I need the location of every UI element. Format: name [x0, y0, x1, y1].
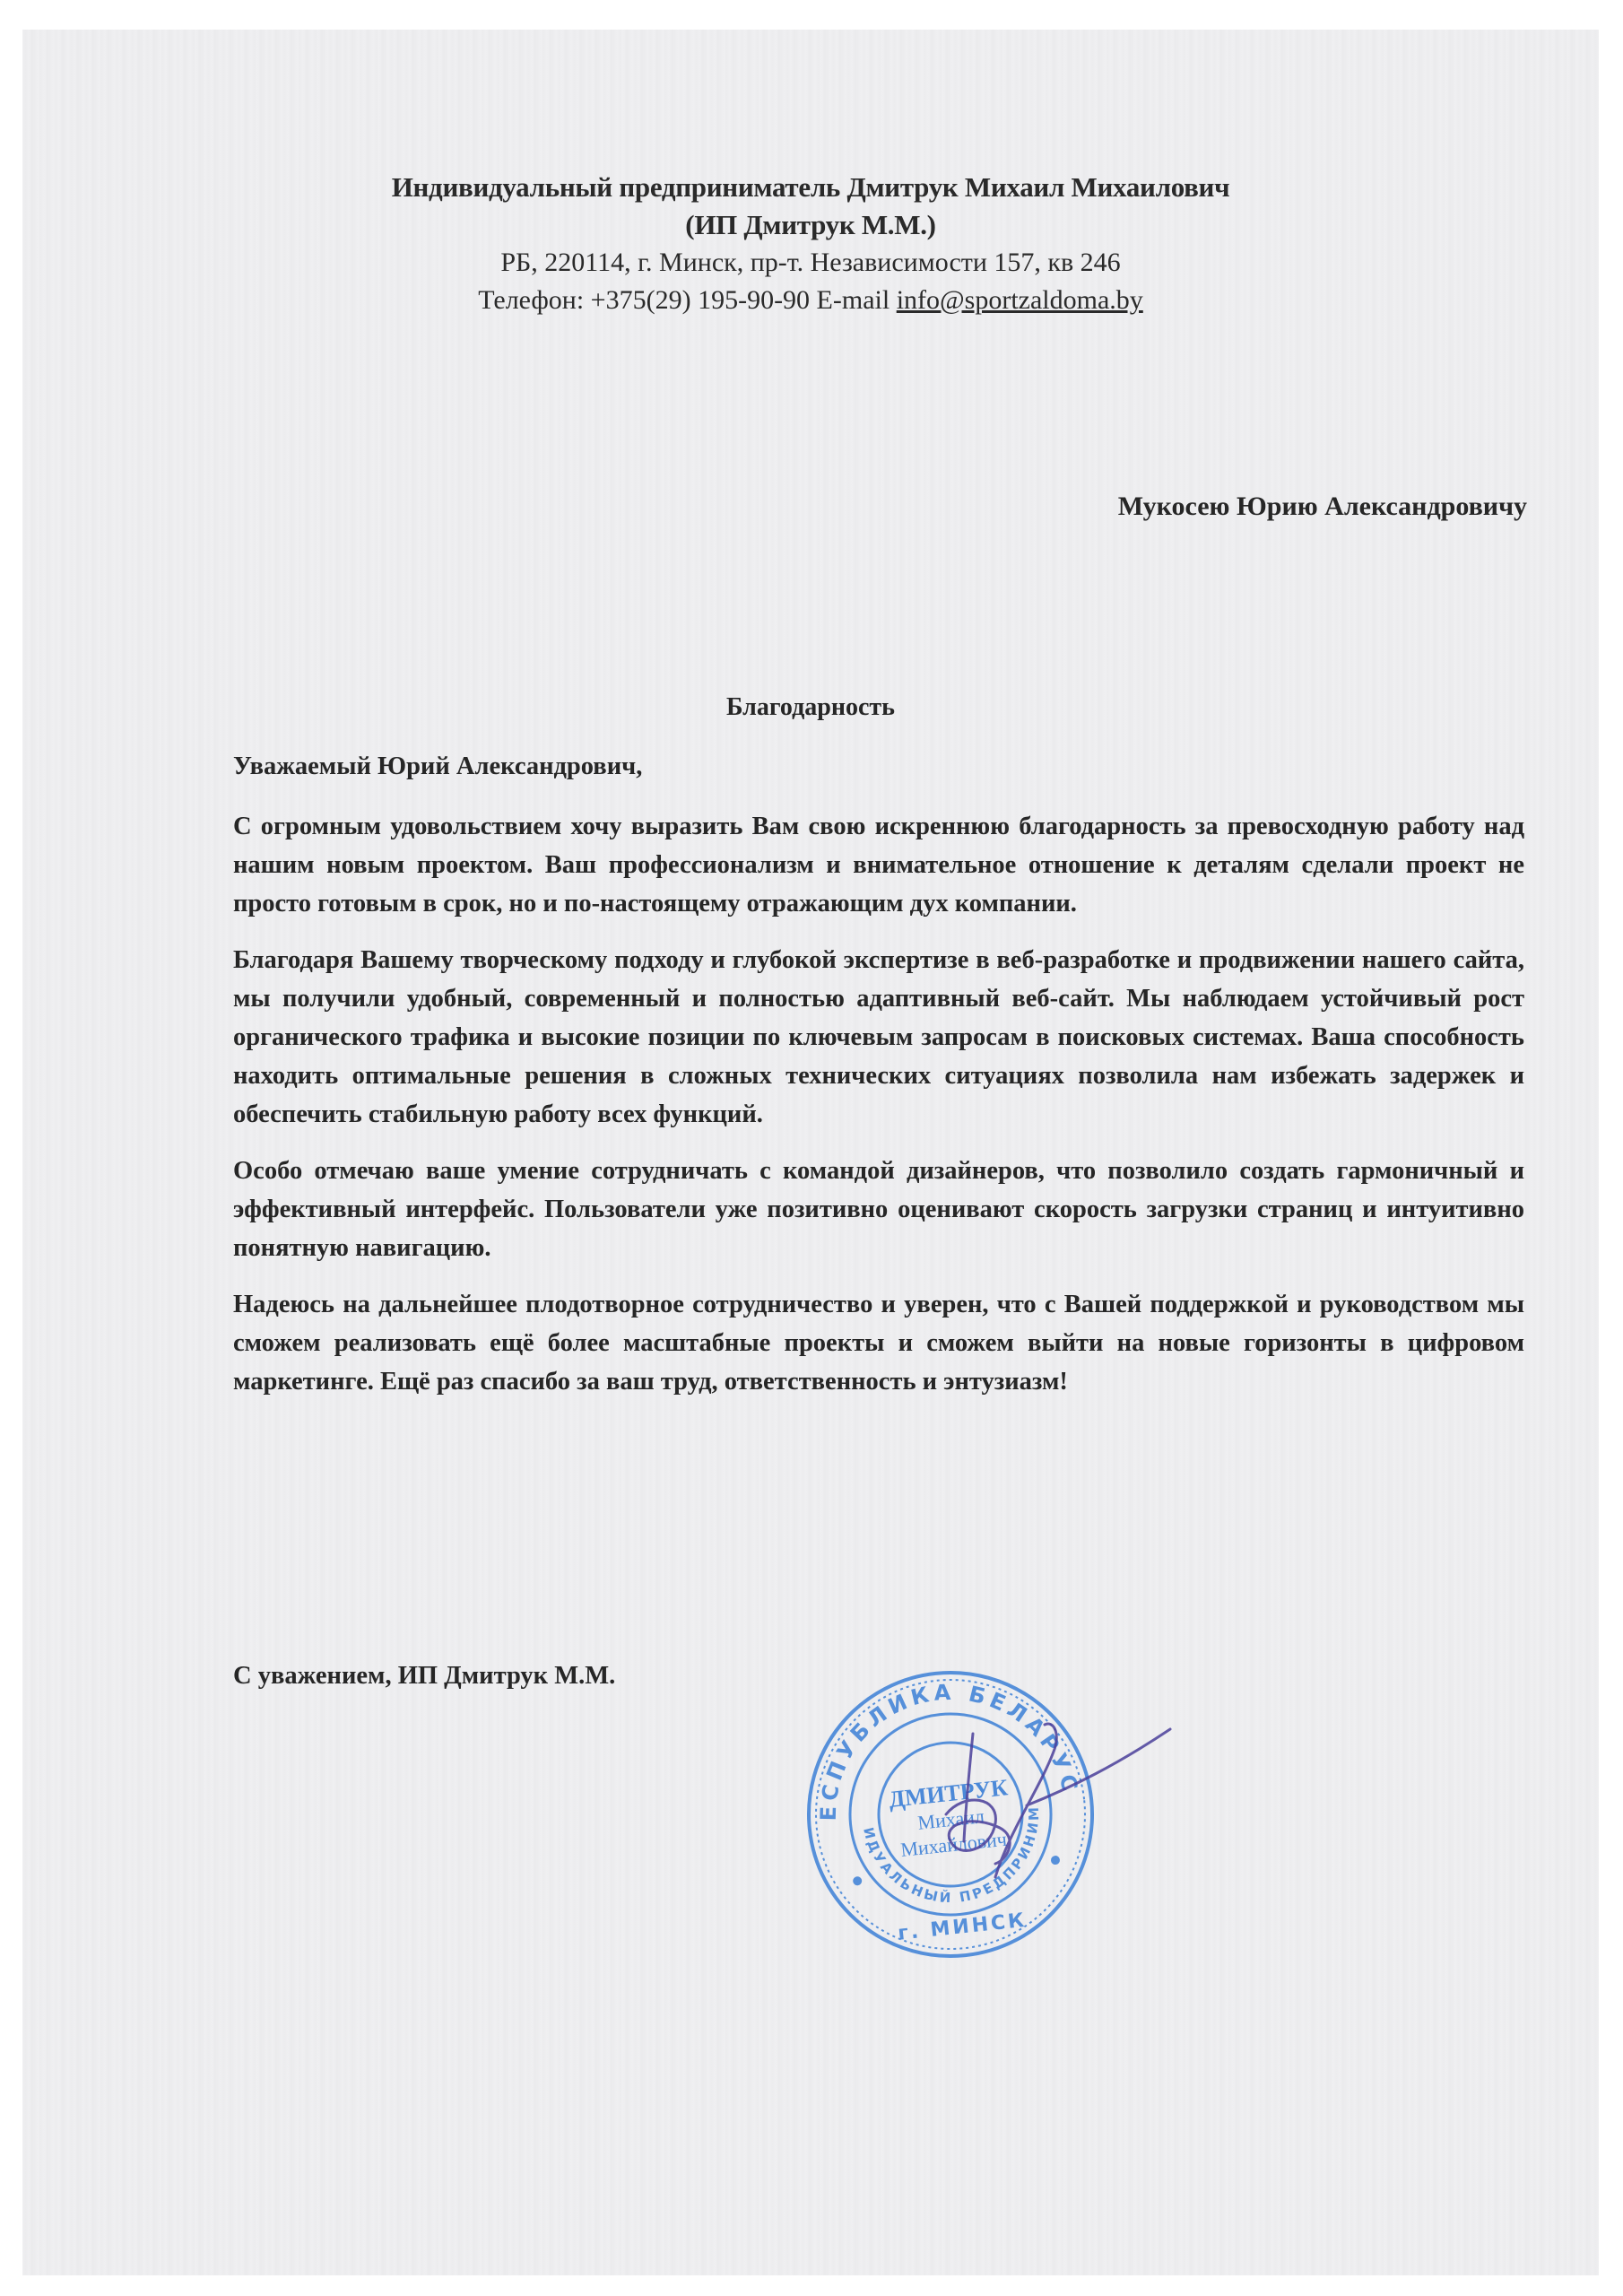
closing-signoff: С уважением, ИП Дмитрук М.М.	[233, 1662, 615, 1691]
greeting: Уважаемый Юрий Александрович,	[233, 747, 1524, 786]
letterhead-contacts: Телефон: +375(29) 195-90-90 E-mail info@…	[22, 282, 1599, 319]
letterhead-address: РБ, 220114, г. Минск, пр-т. Независимост…	[22, 244, 1599, 282]
body-paragraph: Надеюсь на дальнейшее плодотворное сотру…	[233, 1285, 1524, 1401]
letterhead-email-link[interactable]: info@sportzaldoma.by	[897, 285, 1143, 315]
body-paragraph: Особо отмечаю ваше умение сотрудничать с…	[233, 1152, 1524, 1267]
body-paragraph: Благодаря Вашему творческому подходу и г…	[233, 941, 1524, 1134]
document-title: Благодарность	[22, 693, 1599, 722]
body-paragraph: С огромным удовольствием хочу выразить В…	[233, 807, 1524, 923]
letterhead-entrepreneur-name: Индивидуальный предприниматель Дмитрук М…	[22, 169, 1599, 206]
letterhead-phone: Телефон: +375(29) 195-90-90 E-mail	[478, 285, 897, 315]
recipient-name: Мукосею Юрию Александровичу	[1118, 491, 1527, 522]
handwritten-signature-icon	[910, 1707, 1179, 1913]
letterhead: Индивидуальный предприниматель Дмитрук М…	[22, 169, 1599, 319]
letter-body: Уважаемый Юрий Александрович, С огромным…	[233, 747, 1524, 1419]
letterhead-short-name: (ИП Дмитрук М.М.)	[22, 206, 1599, 244]
scanned-letter-page: Индивидуальный предприниматель Дмитрук М…	[22, 30, 1599, 2275]
